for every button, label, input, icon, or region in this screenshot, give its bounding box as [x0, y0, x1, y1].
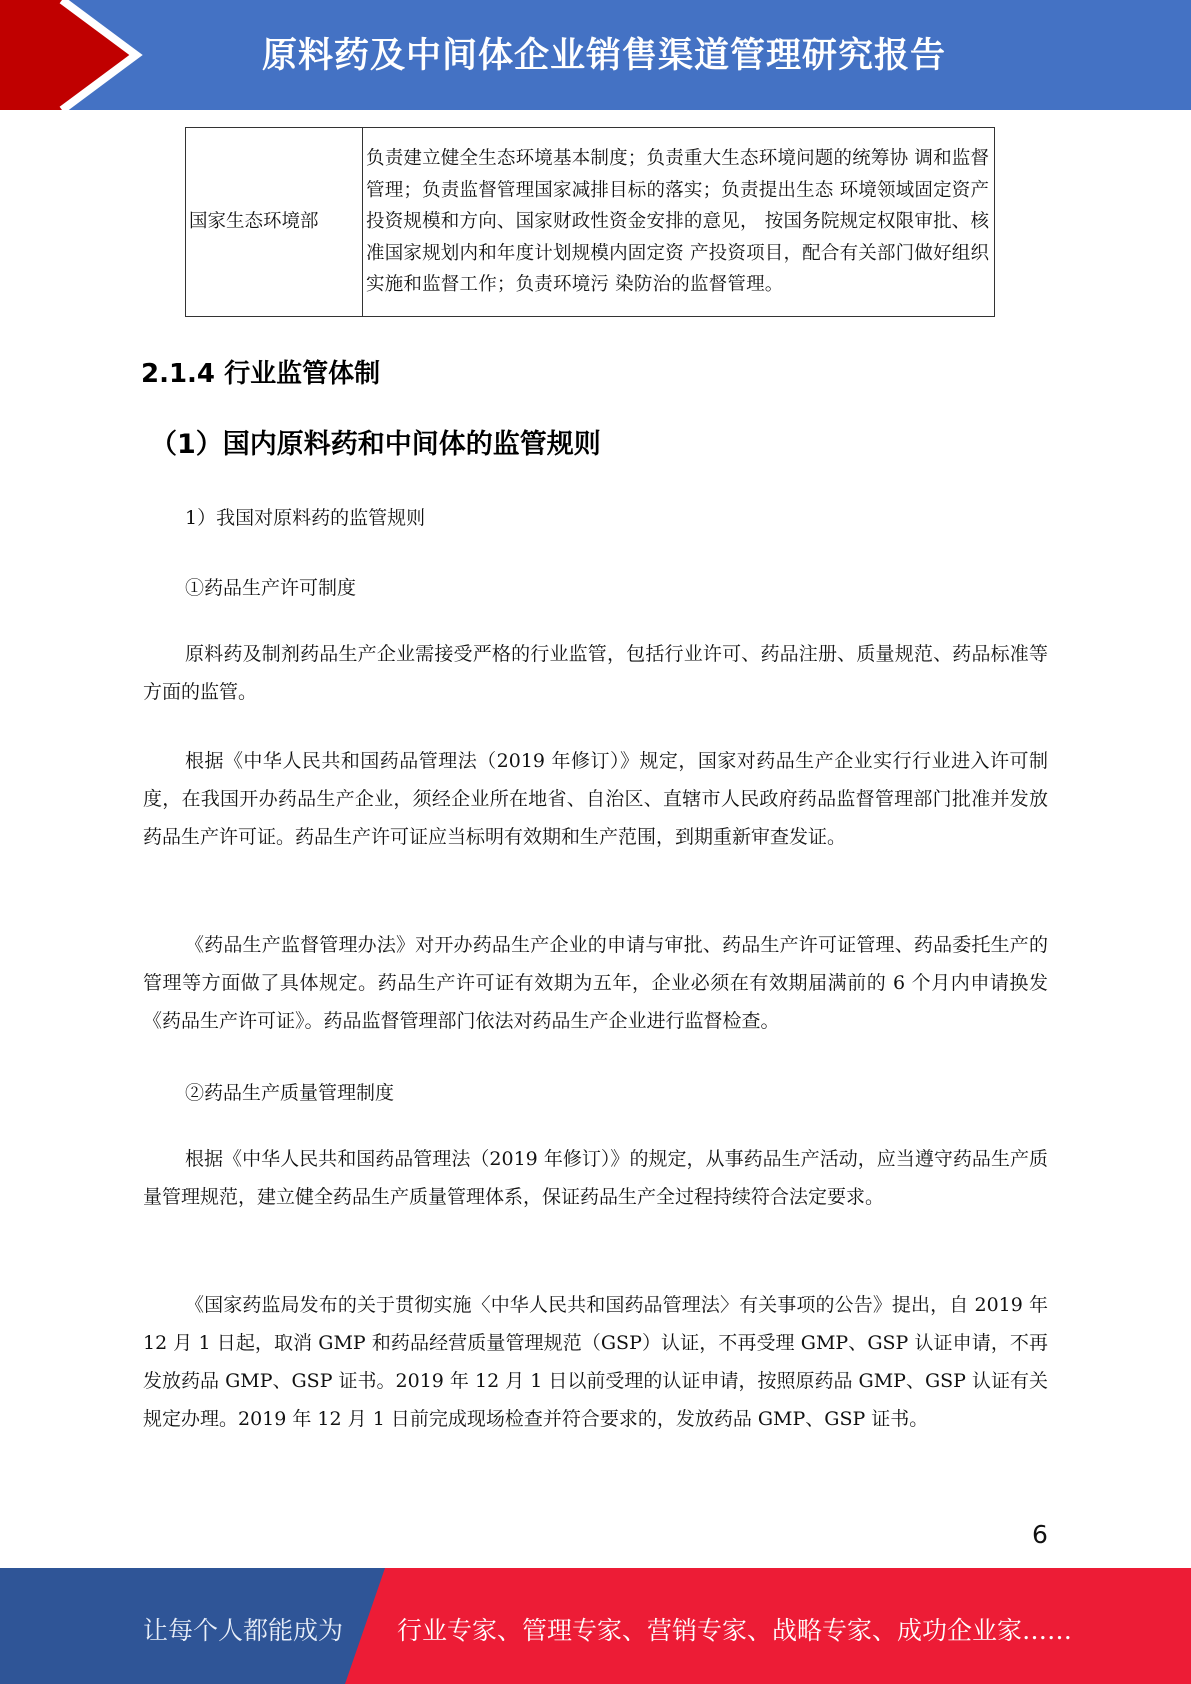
department-table: 国家生态环境部 负责建立健全生态环境基本制度；负责重大生态环境问题的统筹协 调和…: [185, 127, 995, 317]
footer-slogan-left: 让每个人都能成为: [143, 1611, 343, 1647]
department-name-cell: 国家生态环境部: [186, 128, 363, 317]
page-footer: 让每个人都能成为 行业专家、管理专家、营销专家、战略专家、成功企业家……: [0, 1568, 1191, 1684]
paragraph-3: 《药品生产监督管理办法》对开办药品生产企业的申请与审批、药品生产许可证管理、药品…: [143, 926, 1048, 1040]
paragraph-5: 《国家药监局发布的关于贯彻实施〈中华人民共和国药品管理法〉有关事项的公告》提出，…: [143, 1286, 1048, 1438]
department-description-cell: 负责建立健全生态环境基本制度；负责重大生态环境问题的统筹协 调和监督管理；负责监…: [363, 128, 995, 317]
paragraph-4: 根据《中华人民共和国药品管理法（2019 年修订）》的规定，从事药品生产活动，应…: [143, 1140, 1048, 1216]
item-heading-license: ①药品生产许可制度: [185, 573, 356, 600]
section-heading: 2.1.4 行业监管体制: [141, 353, 380, 390]
table-row: 国家生态环境部 负责建立健全生态环境基本制度；负责重大生态环境问题的统筹协 调和…: [186, 128, 995, 317]
page-number: 6: [1032, 1520, 1048, 1549]
page-header: 原料药及中间体企业销售渠道管理研究报告: [0, 0, 1191, 110]
subsection-heading: （1）国内原料药和中间体的监管规则: [150, 422, 601, 461]
report-title: 原料药及中间体企业销售渠道管理研究报告: [262, 28, 946, 78]
item-heading-quality: ②药品生产质量管理制度: [185, 1078, 394, 1105]
paragraph-2: 根据《中华人民共和国药品管理法（2019 年修订）》规定，国家对药品生产企业实行…: [143, 742, 1048, 856]
footer-slogan-right: 行业专家、管理专家、营销专家、战略专家、成功企业家……: [397, 1611, 1072, 1647]
paragraph-1: 原料药及制剂药品生产企业需接受严格的行业监管，包括行业许可、药品注册、质量规范、…: [143, 635, 1048, 711]
subsection-label: 1）我国对原料药的监管规则: [185, 503, 425, 530]
